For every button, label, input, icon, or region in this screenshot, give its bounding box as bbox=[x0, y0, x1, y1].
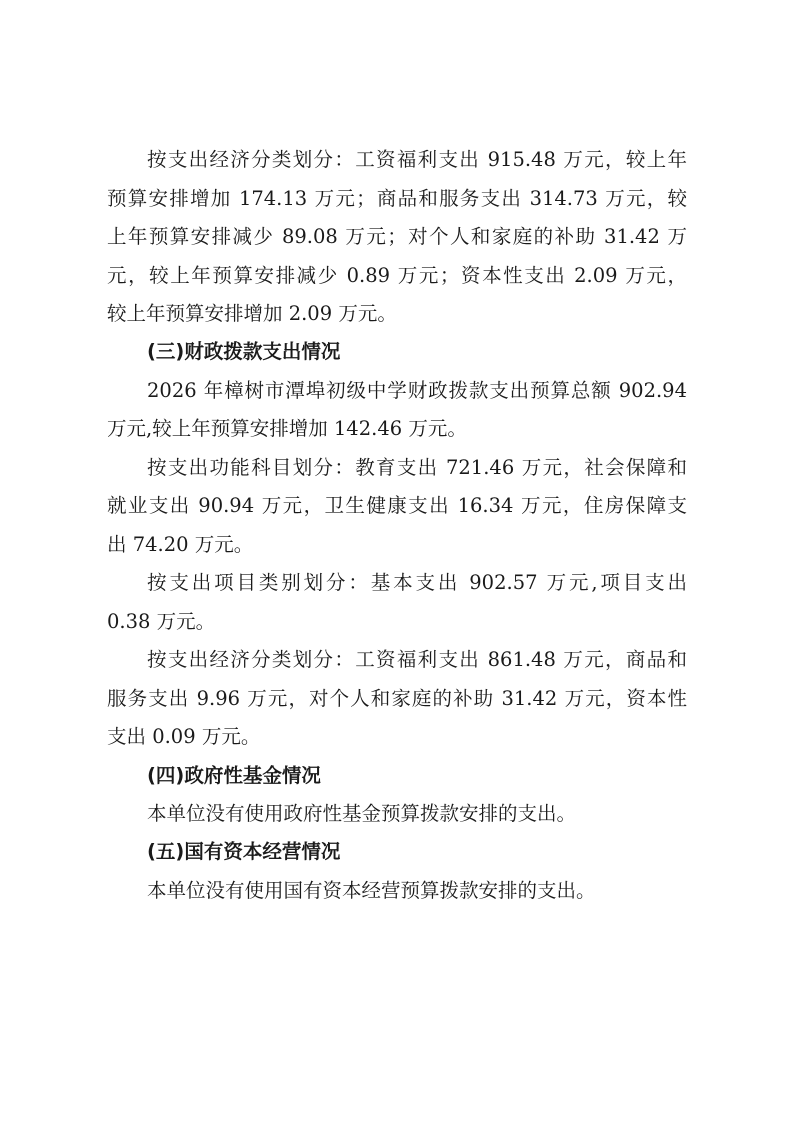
text-line: 万元,较上年预算安排增加 142.46 万元。 bbox=[107, 414, 687, 444]
text-line: 2026 年樟树市潭埠初级中学财政拨款支出预算总额 902.94 bbox=[147, 376, 687, 406]
text-line: 就业支出 90.94 万元，卫生健康支出 16.34 万元，住房保障支 bbox=[107, 491, 687, 521]
text-line: 0.38 万元。 bbox=[107, 607, 687, 637]
paragraph-state-capital: 本单位没有使用国有资本经营预算拨款安排的支出。 bbox=[147, 876, 687, 906]
text-line: 元，较上年预算安排减少 0.89 万元；资本性支出 2.09 万元， bbox=[107, 261, 687, 291]
text-line: 按支出项目类别划分：基本支出 902.57 万元,项目支出 bbox=[147, 568, 687, 598]
section-heading-fiscal-appropriation: (三)财政拨款支出情况 bbox=[147, 337, 687, 367]
text-line: 支出 0.09 万元。 bbox=[107, 722, 687, 752]
text-line: 较上年预算安排增加 2.09 万元。 bbox=[107, 299, 687, 329]
section-heading-state-capital: (五)国有资本经营情况 bbox=[147, 837, 687, 867]
text-line: 按支出经济分类划分：工资福利支出 861.48 万元，商品和 bbox=[147, 645, 687, 675]
section-heading-government-fund: (四)政府性基金情况 bbox=[147, 761, 687, 791]
paragraph-government-fund: 本单位没有使用政府性基金预算拨款安排的支出。 bbox=[147, 799, 687, 829]
text-line: 服务支出 9.96 万元，对个人和家庭的补助 31.42 万元，资本性 bbox=[107, 684, 687, 714]
text-line: 按支出经济分类划分：工资福利支出 915.48 万元，较上年 bbox=[147, 145, 687, 175]
text-line: 出 74.20 万元。 bbox=[107, 530, 687, 560]
text-line: 按支出功能科目划分：教育支出 721.46 万元，社会保障和 bbox=[147, 453, 687, 483]
text-line: 预算安排增加 174.13 万元；商品和服务支出 314.73 万元，较 bbox=[107, 184, 687, 214]
document-page: 按支出经济分类划分：工资福利支出 915.48 万元，较上年 预算安排增加 17… bbox=[0, 0, 793, 1122]
text-line: 上年预算安排减少 89.08 万元；对个人和家庭的补助 31.42 万 bbox=[107, 222, 687, 252]
